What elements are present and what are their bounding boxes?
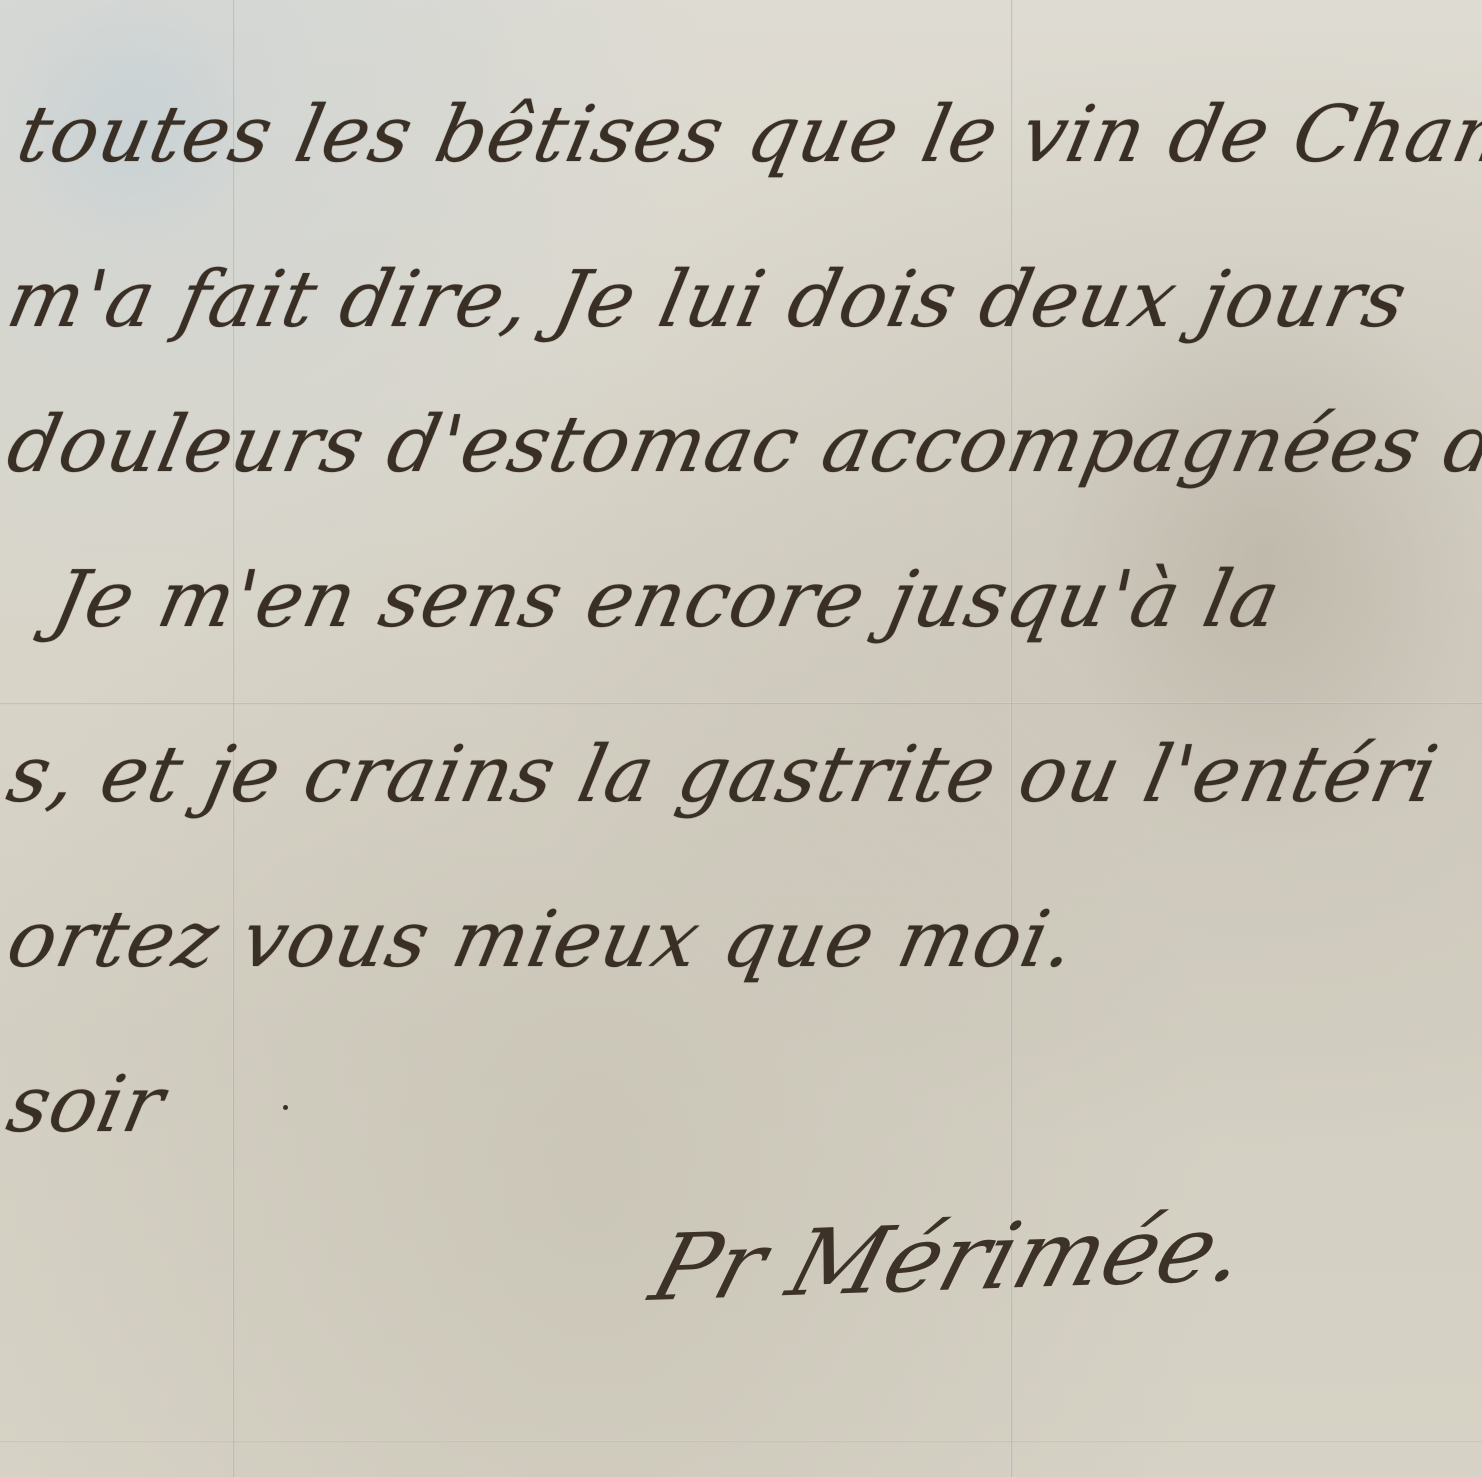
ink-dot xyxy=(283,1105,288,1110)
handwritten-line-7: soir xyxy=(0,1060,172,1150)
handwritten-line-3: douleurs d'estomac accompagnées de xyxy=(0,400,1482,490)
fold-crease-horizontal xyxy=(0,702,1482,705)
handwritten-line-4: Je m'en sens encore jusqu'à la xyxy=(45,555,1288,645)
handwritten-line-1: toutes les bêtises que le vin de Champ xyxy=(10,90,1482,180)
handwritten-line-2: m'a fait dire, Je lui dois deux jours xyxy=(0,255,1415,345)
fold-crease-horizontal-lower xyxy=(0,1440,1482,1443)
handwritten-line-6: ortez vous mieux que moi. xyxy=(0,895,1084,985)
signature: Pr Mérimée. xyxy=(640,1195,1260,1322)
handwritten-line-5: s, et je crains la gastrite ou l'entéri xyxy=(0,730,1446,820)
letter-page: toutes les bêtises que le vin de Champ m… xyxy=(0,0,1482,1477)
